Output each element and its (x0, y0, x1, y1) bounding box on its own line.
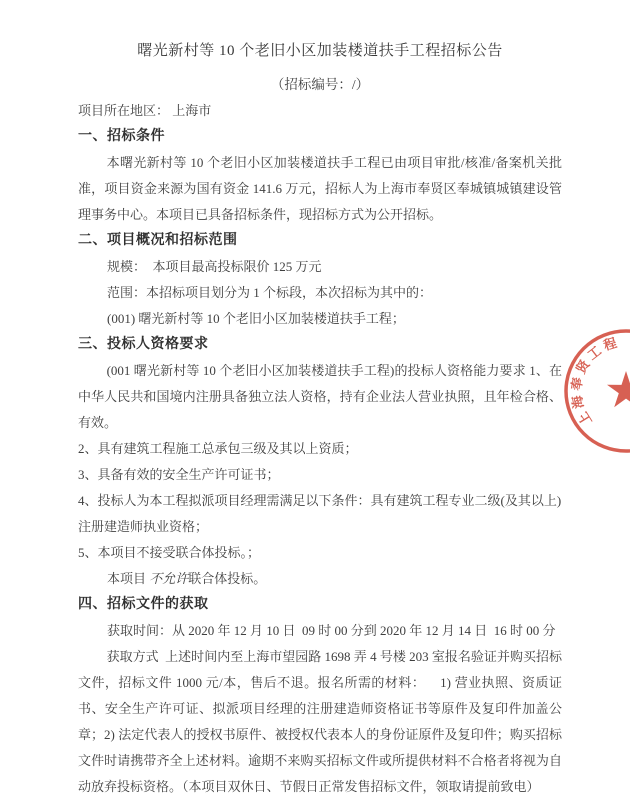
lot-line: (001) 曙光新村等 10 个老旧小区加装楼道扶手工程； (78, 306, 562, 332)
note-suffix: 联合体投标。 (188, 571, 266, 586)
section-heading: 一、招标条件 (78, 124, 562, 150)
scope-line: 范围：本招标项目划分为 1 个标段，本次招标为其中的： (78, 280, 562, 306)
note-emphasis: 不允许 (149, 571, 188, 586)
section-bidder-qualifications: 三、投标人资格要求 (001 曙光新村等 10 个老旧小区加装楼道扶手工程)的投… (78, 332, 562, 592)
document-page: 曙光新村等 10 个老旧小区加装楼道扶手工程招标公告 （招标编号：/） 项目所在… (0, 0, 630, 811)
tender-number-line: （招标编号：/） (78, 72, 562, 98)
section-heading: 二、项目概况和招标范围 (78, 228, 562, 254)
section-heading: 四、招标文件的获取 (78, 592, 562, 618)
qualification-item-5: 5、本项目不接受联合体投标。； (78, 540, 562, 566)
qualification-item-4: 4、投标人为本工程拟派项目经理需满足以下条件：具有建筑工程专业二级(及其以上)注… (78, 488, 562, 540)
document-content: 曙光新村等 10 个老旧小区加装楼道扶手工程招标公告 （招标编号：/） 项目所在… (0, 0, 630, 800)
section-project-overview: 二、项目概况和招标范围 规模： 本项目最高投标限价 125 万元 范围：本招标项… (78, 228, 562, 332)
section-heading: 三、投标人资格要求 (78, 332, 562, 358)
section-document-acquisition: 四、招标文件的获取 获取时间：从 2020 年 12 月 10 日 09 时 0… (78, 592, 562, 800)
page-title: 曙光新村等 10 个老旧小区加装楼道扶手工程招标公告 (78, 38, 562, 64)
acquisition-time-line: 获取时间：从 2020 年 12 月 10 日 09 时 00 分到 2020 … (78, 618, 562, 644)
acquisition-paragraph: 获取方式 上述时间内至上海市望园路 1698 弄 4 号楼 203 室报名验证并… (78, 644, 562, 800)
section-tender-conditions: 一、招标条件 本曙光新村等 10 个老旧小区加装楼道扶手工程已由项目审批/核准/… (78, 124, 562, 228)
qualification-paragraph: (001 曙光新村等 10 个老旧小区加装楼道扶手工程)的投标人资格能力要求 1… (78, 358, 562, 436)
qualification-item-2: 2、具有建筑工程施工总承包三级及其以上资质； (78, 436, 562, 462)
qualification-item-3: 3、具备有效的安全生产许可证书； (78, 462, 562, 488)
project-location-line: 项目所在地区： 上海市 (78, 98, 562, 124)
note-prefix: 本项目 (107, 571, 149, 586)
tender-conditions-paragraph: 本曙光新村等 10 个老旧小区加装楼道扶手工程已由项目审批/核准/备案机关批准，… (78, 150, 562, 228)
scale-line: 规模： 本项目最高投标限价 125 万元 (78, 254, 562, 280)
no-consortium-note: 本项目 不允许联合体投标。 (78, 566, 562, 592)
